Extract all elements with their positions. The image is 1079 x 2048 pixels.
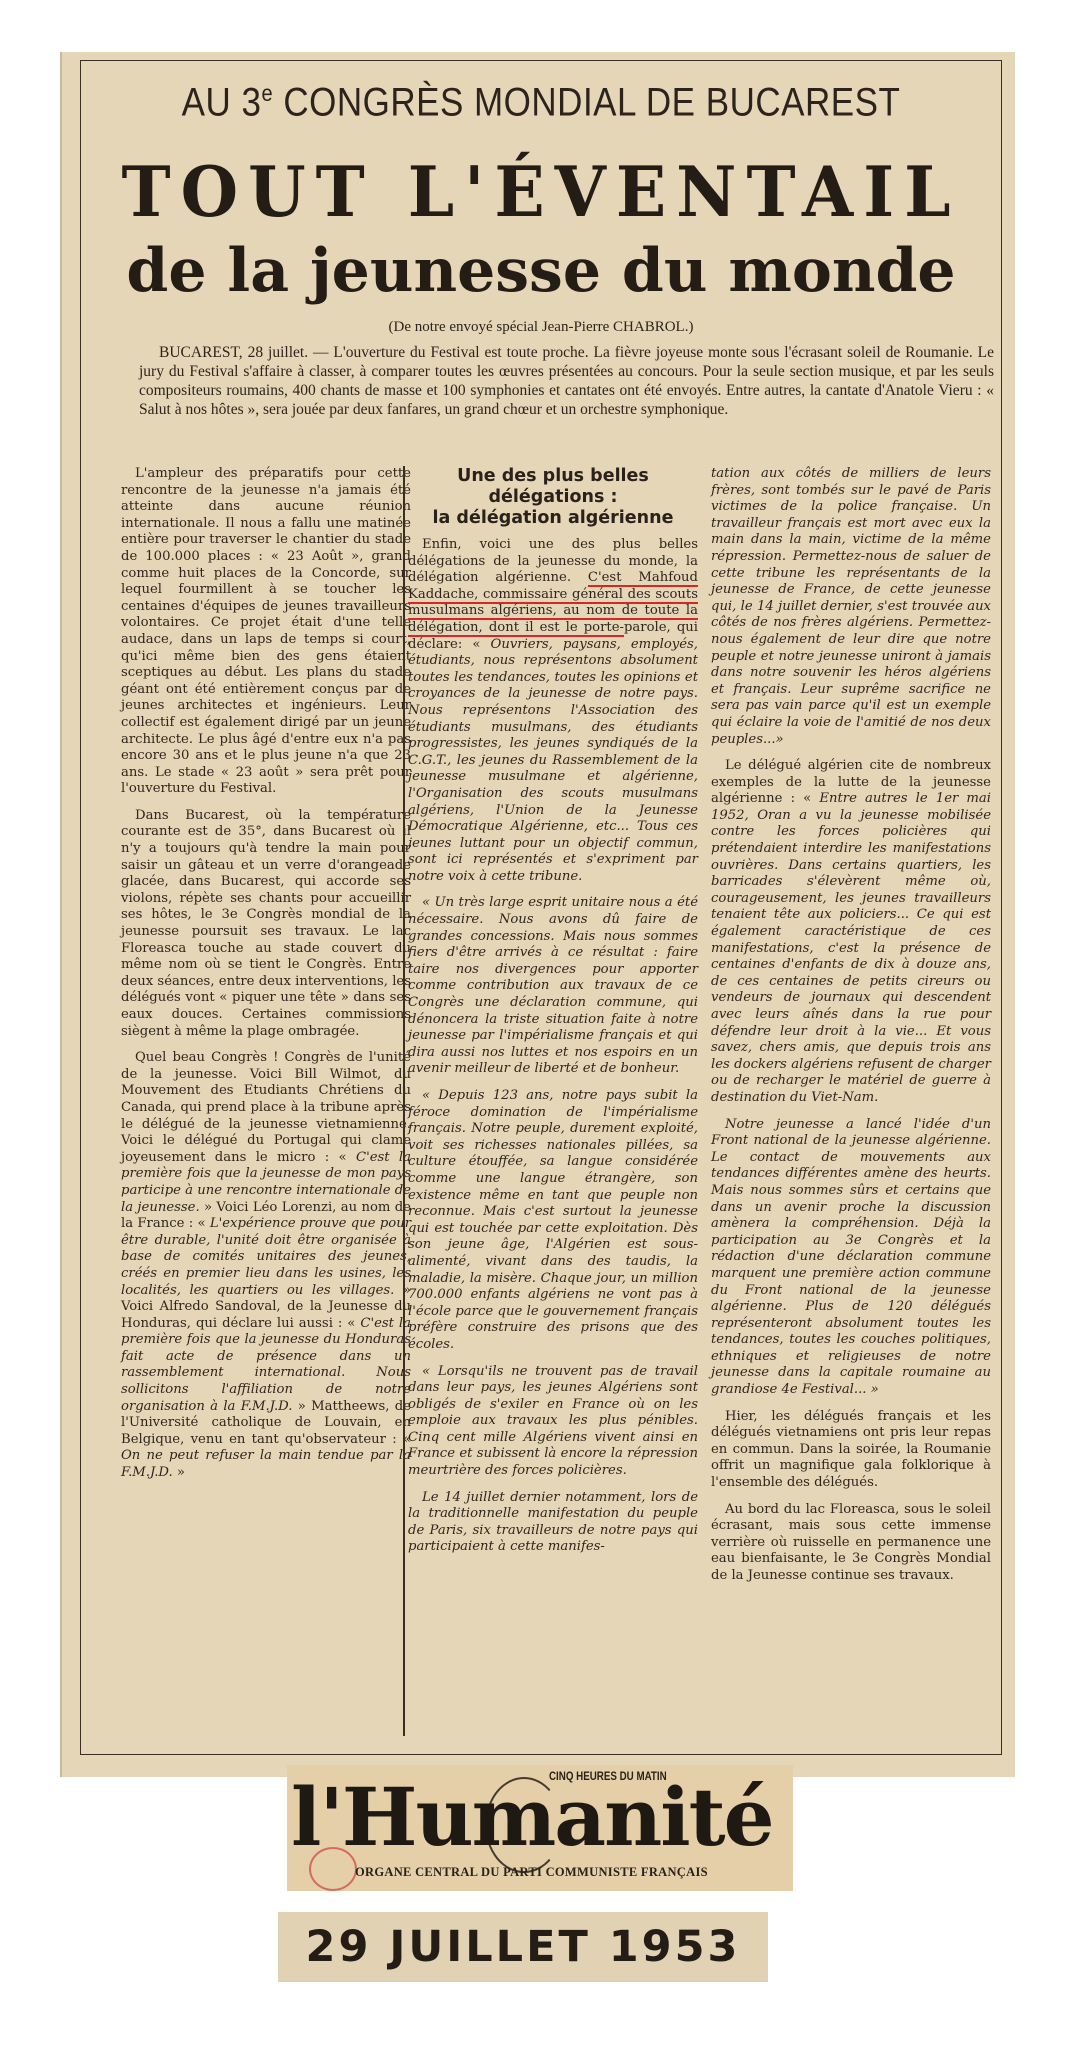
publication-date: 29 JUILLET 1953 xyxy=(278,1912,768,1982)
paragraph: « Depuis 123 ans, notre pays subit la fé… xyxy=(408,1088,698,1354)
paragraph: L'ampleur des préparatifs pour cette ren… xyxy=(121,466,411,798)
kicker-heading: AU 3e CONGRÈS MONDIAL DE BUCAREST xyxy=(81,80,1001,126)
lede-paragraph: BUCAREST, 28 juillet. — L'ouverture du F… xyxy=(139,343,994,419)
column-1: L'ampleur des préparatifs pour cette ren… xyxy=(121,466,411,1492)
paragraph: Au bord du lac Floreasca, sous le soleil… xyxy=(711,1502,991,1585)
paragraph: Notre jeunesse a lancé l'idée d'un Front… xyxy=(711,1117,991,1399)
headline-main: TOUT L'ÉVENTAIL xyxy=(81,151,1001,233)
byline: (De notre envoyé spécial Jean-Pierre CHA… xyxy=(81,319,1001,336)
column-divider xyxy=(403,466,405,1736)
paragraph: Enfin, voici une des plus belles délégat… xyxy=(408,537,698,885)
paragraph: tation aux côtés de milliers de leurs fr… xyxy=(711,466,991,748)
column-2: Une des plus belles délégations : la dél… xyxy=(408,466,698,1566)
newspaper-masthead: CINQ HEURES DU MATIN l'Humanité ORGANE C… xyxy=(287,1765,793,1891)
newspaper-title: l'Humanité xyxy=(291,1767,773,1867)
paragraph: Le délégué algérien cite de nombreux exe… xyxy=(711,758,991,1106)
library-stamp-icon xyxy=(309,1847,357,1891)
headline-secondary: de la jeunesse du monde xyxy=(81,236,1001,306)
article-frame: AU 3e CONGRÈS MONDIAL DE BUCAREST TOUT L… xyxy=(80,60,1002,1755)
paragraph: Hier, les délégués français et les délég… xyxy=(711,1409,991,1492)
subhead: Une des plus belles délégations : la dél… xyxy=(408,466,698,529)
paragraph: Dans Bucarest, où la température courant… xyxy=(121,808,411,1040)
newspaper-clipping: AU 3e CONGRÈS MONDIAL DE BUCAREST TOUT L… xyxy=(60,52,1015,1777)
paragraph: Le 14 juillet dernier notamment, lors de… xyxy=(408,1490,698,1556)
newspaper-subtitle: ORGANE CENTRAL DU PARTI COMMUNISTE FRANÇ… xyxy=(355,1865,708,1880)
paragraph: « Un très large esprit unitaire nous a é… xyxy=(408,895,698,1078)
paragraph: « Lorsqu'ils ne trouvent pas de travail … xyxy=(408,1364,698,1480)
paragraph: Quel beau Congrès ! Congrès de l'unité d… xyxy=(121,1050,411,1481)
column-3: tation aux côtés de milliers de leurs fr… xyxy=(711,466,991,1595)
